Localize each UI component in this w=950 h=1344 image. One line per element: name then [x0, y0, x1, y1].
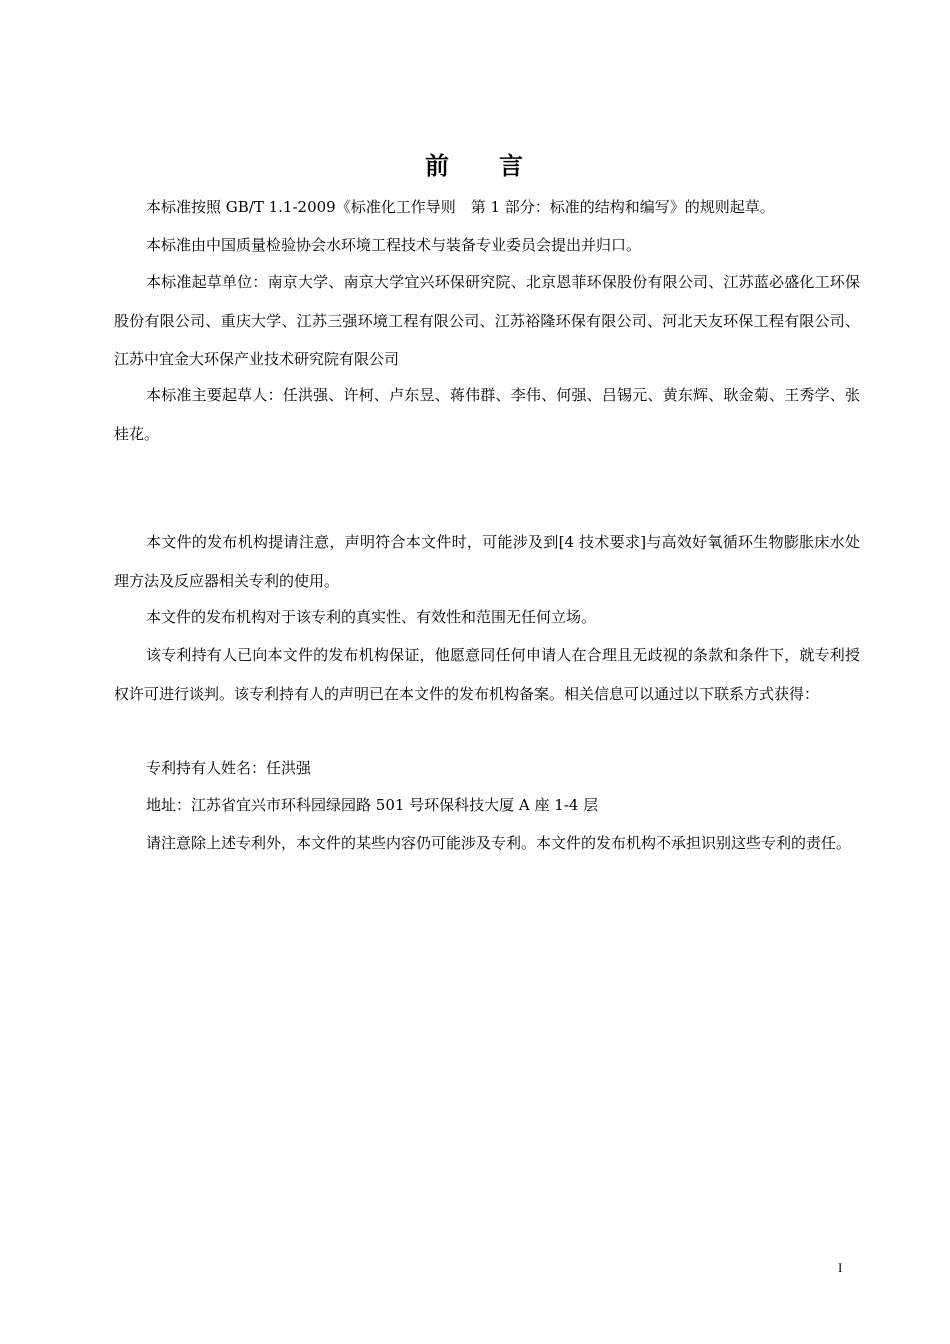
paragraph-patent-holder-guarantee: 该专利持有人已向本文件的发布机构保证，他愿意同任何申请人在合理且无歧视的条款和条… [114, 636, 860, 713]
paragraph-proposer: 本标准由中国质量检验协会水环境工程技术与装备专业委员会提出并归口。 [114, 226, 860, 265]
title-part-1: 前 [425, 152, 451, 180]
paragraph-other-patents: 请注意除上述专利外，本文件的某些内容仍可能涉及专利。本文件的发布机构不承担识别这… [114, 824, 860, 863]
paragraph-drafting-rules: 本标准按照 GB/T 1.1-2009《标准化工作导则 第 1 部分：标准的结构… [114, 188, 860, 227]
paragraph-drafters: 本标准主要起草人：任洪强、许柯、卢东昱、蒋伟群、李伟、何强、吕锡元、黄东辉、耿金… [114, 376, 860, 453]
paragraph-patent-holder-name: 专利持有人姓名：任洪强 [114, 749, 860, 788]
paragraph-patent-position: 本文件的发布机构对于该专利的真实性、有效性和范围无任何立场。 [114, 598, 860, 637]
page-title: 前言 [0, 146, 950, 181]
paragraph-drafting-units: 本标准起草单位：南京大学、南京大学宜兴环保研究院、北京恩菲环保股份有限公司、江苏… [114, 263, 860, 379]
title-part-2: 言 [499, 152, 525, 180]
paragraph-address: 地址：江苏省宜兴市环科园绿园路 501 号环保科技大厦 A 座 1-4 层 [114, 786, 860, 825]
paragraph-patent-notice: 本文件的发布机构提请注意，声明符合本文件时，可能涉及到[4 技术要求]与高效好氧… [114, 523, 860, 600]
page-number: I [838, 1260, 842, 1276]
